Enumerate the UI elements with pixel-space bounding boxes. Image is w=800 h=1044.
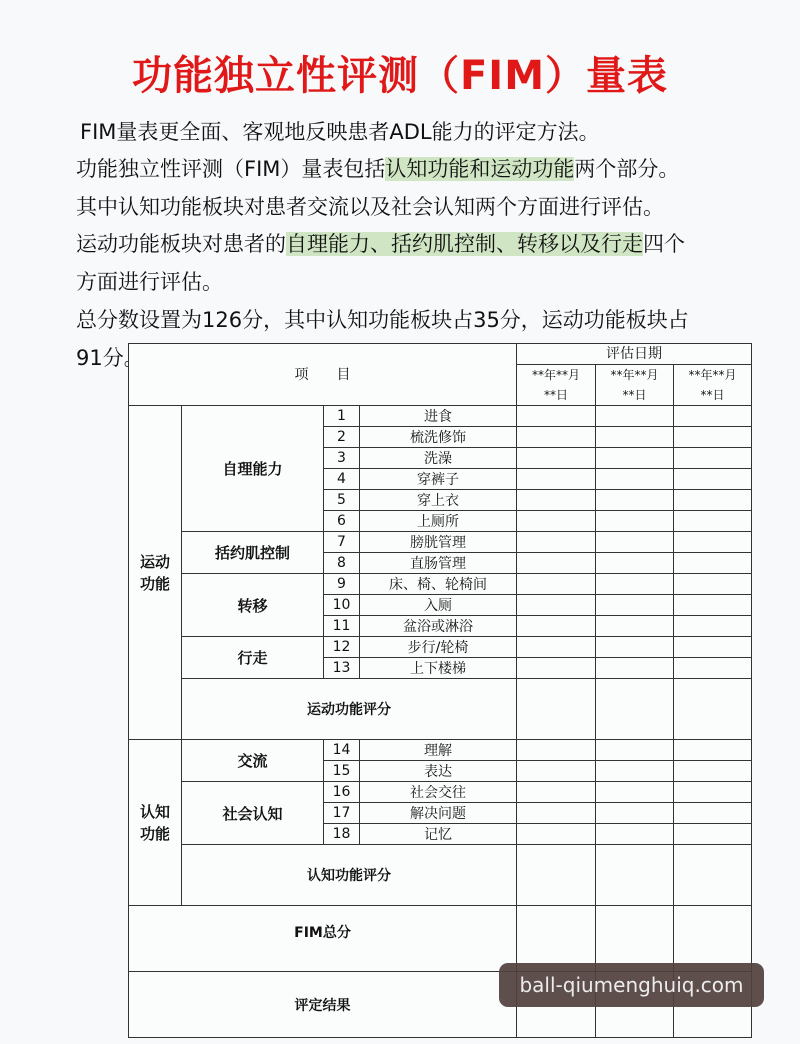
item-no: 9 xyxy=(324,574,360,595)
highlighted-text: 认知功能和运动功能 xyxy=(385,157,574,181)
score-cell[interactable] xyxy=(596,532,674,553)
item-no: 16 xyxy=(324,782,360,803)
score-cell[interactable] xyxy=(674,511,752,532)
score-cell[interactable] xyxy=(596,595,674,616)
item-no: 3 xyxy=(324,448,360,469)
intro-line-6: 总分数设置为126分，其中认知功能板块占35分，运动功能板块占 xyxy=(76,308,689,332)
text: 四个 xyxy=(643,232,685,256)
score-cell[interactable] xyxy=(674,616,752,637)
score-cell[interactable] xyxy=(674,469,752,490)
item-no: 2 xyxy=(324,427,360,448)
score-cell[interactable] xyxy=(596,761,674,782)
item-no: 14 xyxy=(324,740,360,761)
intro-line-3: 其中认知功能板块对患者交流以及社会认知两个方面进行评估。 xyxy=(76,195,664,219)
date-col-2: **年**月**日 xyxy=(596,365,674,406)
score-cell[interactable] xyxy=(674,782,752,803)
score-cell[interactable] xyxy=(674,448,752,469)
score-cell[interactable] xyxy=(596,658,674,679)
score-cell[interactable] xyxy=(674,637,752,658)
item-no: 12 xyxy=(324,637,360,658)
score-cell[interactable] xyxy=(517,782,596,803)
page-title: 功能独立性评测（FIM）量表 xyxy=(0,44,800,101)
score-cell[interactable] xyxy=(674,824,752,845)
item-name: 床、椅、轮椅间 xyxy=(360,574,517,595)
item-no: 10 xyxy=(324,595,360,616)
item-no: 1 xyxy=(324,406,360,427)
score-cell[interactable] xyxy=(596,782,674,803)
score-cell[interactable] xyxy=(596,845,674,906)
score-cell[interactable] xyxy=(674,761,752,782)
item-name: 上厕所 xyxy=(360,511,517,532)
score-cell[interactable] xyxy=(517,532,596,553)
date-col-3: **年**月**日 xyxy=(674,365,752,406)
group-self-care: 自理能力 xyxy=(182,406,324,532)
score-cell[interactable] xyxy=(517,427,596,448)
domain-cognitive: 认知功能 xyxy=(129,740,182,906)
group-sphincter: 括约肌控制 xyxy=(182,532,324,574)
item-no: 6 xyxy=(324,511,360,532)
item-name: 洗澡 xyxy=(360,448,517,469)
score-cell[interactable] xyxy=(674,406,752,427)
group-social: 社会认知 xyxy=(182,782,324,845)
score-cell[interactable] xyxy=(596,490,674,511)
score-cell[interactable] xyxy=(596,574,674,595)
score-cell[interactable] xyxy=(674,845,752,906)
item-no: 18 xyxy=(324,824,360,845)
cognitive-score-label: 认知功能评分 xyxy=(182,845,517,906)
date-col-1: **年**月**日 xyxy=(517,365,596,406)
score-cell[interactable] xyxy=(674,490,752,511)
score-cell[interactable] xyxy=(517,761,596,782)
motor-score-label: 运动功能评分 xyxy=(182,679,517,740)
intro-line-5: 方面进行评估。 xyxy=(76,270,223,294)
score-cell[interactable] xyxy=(517,679,596,740)
item-no: 4 xyxy=(324,469,360,490)
intro-line-4: 运动功能板块对患者的自理能力、括约肌控制、转移以及行走四个 xyxy=(76,232,685,256)
text: 功能独立性评测（FIM）量表包括 xyxy=(76,157,385,181)
score-cell[interactable] xyxy=(674,906,752,972)
score-cell[interactable] xyxy=(674,427,752,448)
score-cell[interactable] xyxy=(596,740,674,761)
score-cell[interactable] xyxy=(517,740,596,761)
score-cell[interactable] xyxy=(596,511,674,532)
fim-total-label: FIM总分 xyxy=(129,906,517,972)
score-cell[interactable] xyxy=(596,679,674,740)
item-name: 记忆 xyxy=(360,824,517,845)
header-date: 评估日期 xyxy=(517,344,752,365)
item-no: 11 xyxy=(324,616,360,637)
score-cell[interactable] xyxy=(596,637,674,658)
score-cell[interactable] xyxy=(596,616,674,637)
score-cell[interactable] xyxy=(596,803,674,824)
intro-line-1: FIM量表更全面、客观地反映患者ADL能力的评定方法。 xyxy=(80,120,600,144)
watermark-badge: ball-qiumenghuiq.com xyxy=(499,963,764,1007)
score-cell[interactable] xyxy=(674,595,752,616)
item-name: 梳洗修饰 xyxy=(360,427,517,448)
item-name: 上下楼梯 xyxy=(360,658,517,679)
item-name: 入厕 xyxy=(360,595,517,616)
domain-motor: 运动功能 xyxy=(129,406,182,740)
score-cell[interactable] xyxy=(517,553,596,574)
score-cell[interactable] xyxy=(517,595,596,616)
score-cell[interactable] xyxy=(517,616,596,637)
item-name: 解决问题 xyxy=(360,803,517,824)
item-name: 穿上衣 xyxy=(360,490,517,511)
item-name: 步行/轮椅 xyxy=(360,637,517,658)
score-cell[interactable] xyxy=(517,845,596,906)
score-cell[interactable] xyxy=(596,469,674,490)
group-locomotion: 行走 xyxy=(182,637,324,679)
score-cell[interactable] xyxy=(596,448,674,469)
group-communication: 交流 xyxy=(182,740,324,782)
item-name: 进食 xyxy=(360,406,517,427)
intro-line-2: 功能独立性评测（FIM）量表包括认知功能和运动功能两个部分。 xyxy=(76,157,679,181)
score-cell[interactable] xyxy=(674,803,752,824)
score-cell[interactable] xyxy=(674,553,752,574)
item-no: 5 xyxy=(324,490,360,511)
score-cell[interactable] xyxy=(596,824,674,845)
item-no: 8 xyxy=(324,553,360,574)
score-cell[interactable] xyxy=(517,803,596,824)
result-label: 评定结果 xyxy=(129,972,517,1038)
item-no: 17 xyxy=(324,803,360,824)
score-cell[interactable] xyxy=(517,637,596,658)
item-no: 13 xyxy=(324,658,360,679)
text: 两个部分。 xyxy=(574,157,679,181)
score-cell[interactable] xyxy=(674,574,752,595)
item-name: 穿裤子 xyxy=(360,469,517,490)
group-transfer: 转移 xyxy=(182,574,324,637)
score-cell[interactable] xyxy=(517,511,596,532)
score-cell[interactable] xyxy=(517,448,596,469)
score-cell[interactable] xyxy=(596,427,674,448)
score-cell[interactable] xyxy=(674,740,752,761)
highlighted-text: 自理能力、括约肌控制、转移以及行走 xyxy=(286,232,643,256)
score-cell[interactable] xyxy=(596,906,674,972)
item-no: 15 xyxy=(324,761,360,782)
score-cell[interactable] xyxy=(517,906,596,972)
score-cell[interactable] xyxy=(517,824,596,845)
header-item: 项 目 xyxy=(129,344,517,406)
item-no: 7 xyxy=(324,532,360,553)
item-name: 社会交往 xyxy=(360,782,517,803)
item-name: 表达 xyxy=(360,761,517,782)
score-cell[interactable] xyxy=(517,658,596,679)
score-cell[interactable] xyxy=(517,469,596,490)
score-cell[interactable] xyxy=(674,658,752,679)
score-cell[interactable] xyxy=(674,679,752,740)
score-cell[interactable] xyxy=(596,406,674,427)
text: 运动功能板块对患者的 xyxy=(76,232,286,256)
item-name: 直肠管理 xyxy=(360,553,517,574)
score-cell[interactable] xyxy=(517,406,596,427)
score-cell[interactable] xyxy=(596,553,674,574)
score-cell[interactable] xyxy=(674,532,752,553)
fim-table: 项 目 评估日期 **年**月**日 **年**月**日 **年**月**日 运… xyxy=(128,343,752,1038)
item-name: 盆浴或淋浴 xyxy=(360,616,517,637)
score-cell[interactable] xyxy=(517,490,596,511)
item-name: 膀胱管理 xyxy=(360,532,517,553)
item-name: 理解 xyxy=(360,740,517,761)
score-cell[interactable] xyxy=(517,574,596,595)
